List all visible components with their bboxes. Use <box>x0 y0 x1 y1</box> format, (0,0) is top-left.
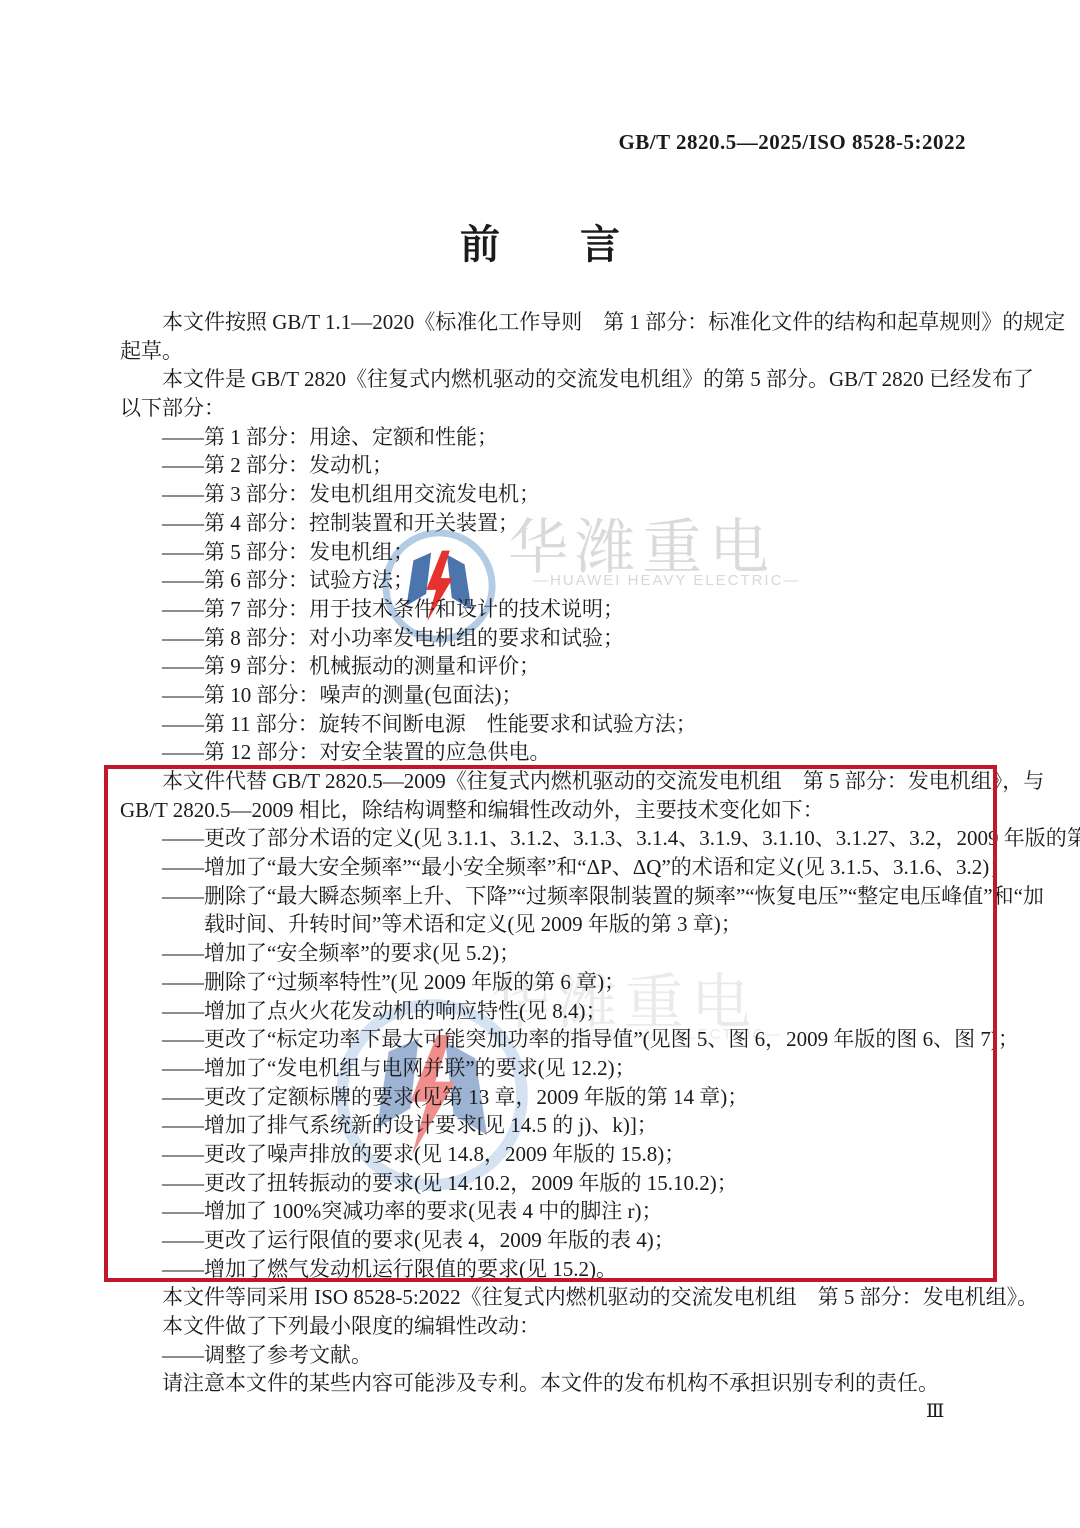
page-title: 前 言 <box>0 213 1080 270</box>
text-line: ——第 3 部分：发电机组用交流发电机； <box>120 480 970 509</box>
text-line: 载时间、升转时间”等术语和定义(见 2009 年版的第 3 章)； <box>120 910 970 939</box>
text-line: ——第 7 部分：用于技术条件和设计的技术说明； <box>120 595 970 624</box>
text-line: ——增加了“安全频率”的要求(见 5.2)； <box>120 939 970 968</box>
text-line: 本文件按照 GB/T 1.1—2020《标准化工作导则 第 1 部分：标准化文件… <box>120 308 970 337</box>
text-line: ——更改了噪声排放的要求(见 14.8，2009 年版的 15.8)； <box>120 1140 970 1169</box>
text-line: ——增加了点火火花发动机的响应特性(见 8.4)； <box>120 997 970 1026</box>
text-line: ——调整了参考文献。 <box>120 1341 970 1370</box>
page-number: Ⅲ <box>926 1400 944 1423</box>
text-line: ——第 11 部分：旋转不间断电源 性能要求和试验方法； <box>120 710 970 739</box>
text-line: GB/T 2820.5—2009 相比，除结构调整和编辑性改动外，主要技术变化如… <box>120 796 970 825</box>
text-line: 本文件代替 GB/T 2820.5—2009《往复式内燃机驱动的交流发电机组 第… <box>120 767 970 796</box>
text-line: 本文件等同采用 ISO 8528-5:2022《往复式内燃机驱动的交流发电机组 … <box>120 1283 970 1312</box>
text-line: ——第 12 部分：对安全装置的应急供电。 <box>120 738 970 767</box>
text-line: ——删除了“过频率特性”(见 2009 年版的第 6 章)； <box>120 968 970 997</box>
text-line: ——增加了“最大安全频率”“最小安全频率”和“ΔP、ΔQ”的术语和定义(见 3.… <box>120 853 970 882</box>
text-line: ——更改了扭转振动的要求(见 14.10.2，2009 年版的 15.10.2)… <box>120 1169 970 1198</box>
text-line: 本文件是 GB/T 2820《往复式内燃机驱动的交流发电机组》的第 5 部分。G… <box>120 365 970 394</box>
text-line: ——第 5 部分：发电机组； <box>120 538 970 567</box>
text-line: ——第 2 部分：发动机； <box>120 451 970 480</box>
text-line: ——增加了 100%突减功率的要求(见表 4 中的脚注 r)； <box>120 1197 970 1226</box>
document-page: 华潍重电 —HUAWEI HEAVY ELECTRIC— 华潍重电 —HUAWE… <box>0 0 1080 1528</box>
text-line: ——增加了“发电机组与电网并联”的要求(见 12.2)； <box>120 1054 970 1083</box>
text-line: 以下部分： <box>120 394 970 423</box>
standard-number-header: GB/T 2820.5—2025/ISO 8528-5:2022 <box>0 130 966 155</box>
text-line: ——第 6 部分：试验方法； <box>120 566 970 595</box>
body-lines: 本文件按照 GB/T 1.1—2020《标准化工作导则 第 1 部分：标准化文件… <box>120 308 970 1398</box>
text-line: ——第 10 部分：噪声的测量(包面法)； <box>120 681 970 710</box>
text-line: ——第 1 部分：用途、定额和性能； <box>120 423 970 452</box>
text-line: ——更改了部分术语的定义(见 3.1.1、3.1.2、3.1.3、3.1.4、3… <box>120 824 970 853</box>
text-line: ——增加了燃气发动机运行限值的要求(见 15.2)。 <box>120 1255 970 1284</box>
text-line: ——删除了“最大瞬态频率上升、下降”“过频率限制装置的频率”“恢复电压”“整定电… <box>120 882 970 911</box>
text-line: ——更改了定额标牌的要求(见第 13 章，2009 年版的第 14 章)； <box>120 1083 970 1112</box>
text-line: ——增加了排气系统新的设计要求[见 14.5 的 j)、k)]； <box>120 1111 970 1140</box>
text-line: ——更改了运行限值的要求(见表 4，2009 年版的表 4)； <box>120 1226 970 1255</box>
text-line: ——更改了“标定功率下最大可能突加功率的指导值”(见图 5、图 6，2009 年… <box>120 1025 970 1054</box>
text-line: 本文件做了下列最小限度的编辑性改动： <box>120 1312 970 1341</box>
text-line: ——第 9 部分：机械振动的测量和评价； <box>120 652 970 681</box>
text-line: 请注意本文件的某些内容可能涉及专利。本文件的发布机构不承担识别专利的责任。 <box>120 1369 970 1398</box>
text-line: 起草。 <box>120 337 970 366</box>
text-line: ——第 4 部分：控制装置和开关装置； <box>120 509 970 538</box>
text-line: ——第 8 部分：对小功率发电机组的要求和试验； <box>120 624 970 653</box>
